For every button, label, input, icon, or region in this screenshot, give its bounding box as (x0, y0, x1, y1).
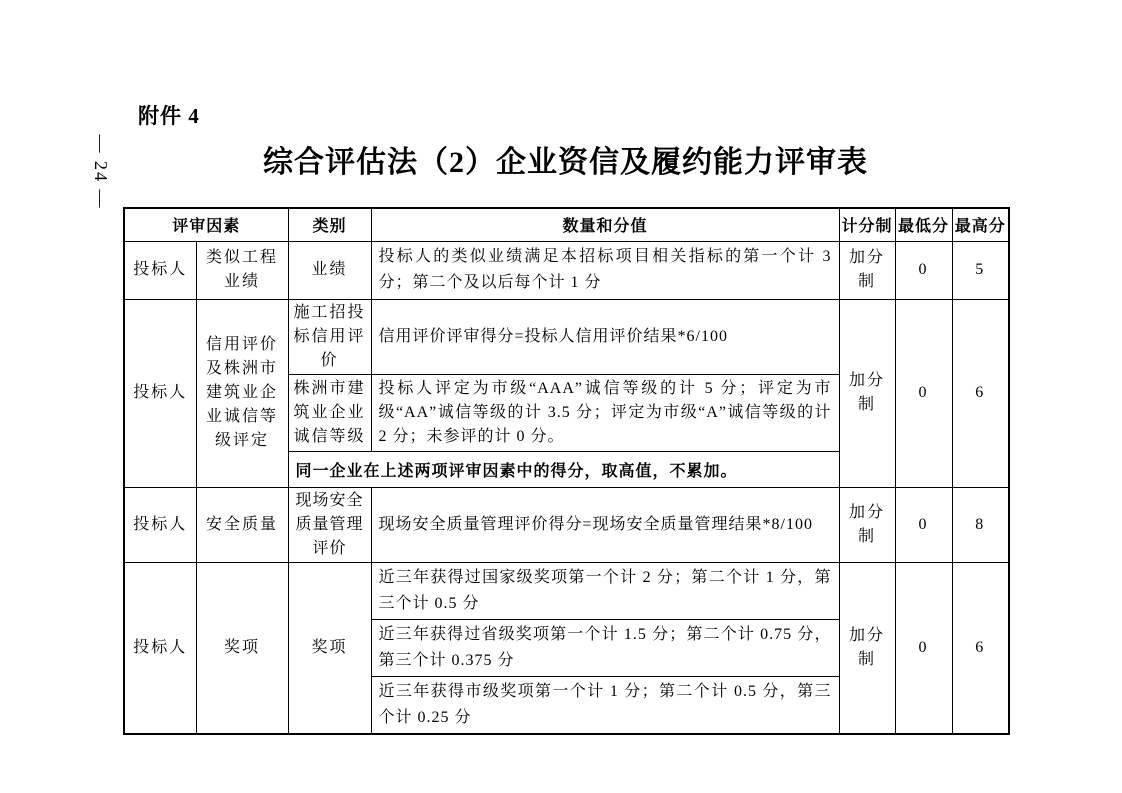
cell-max: 8 (952, 487, 1009, 562)
cell-factor: 安全质量 (196, 487, 288, 562)
cell-desc: 近三年获得过国家级奖项第一个计 2 分；第二个计 1 分，第三个计 0.5 分 (371, 562, 839, 619)
cell-bidder: 投标人 (124, 487, 196, 562)
cell-scoring: 加分制 (839, 241, 895, 299)
header-category: 类别 (288, 208, 371, 241)
document-page: { "page": { "page_number": "— 24 —", "at… (0, 0, 1122, 793)
table-header-row: 评审因素 类别 数量和分值 计分制 最低分 最高分 (124, 208, 1009, 241)
cell-min: 0 (895, 299, 952, 487)
table-row: 投标人 类似工程业绩 业绩 投标人的类似业绩满足本招标项目相关指标的第一个计 3… (124, 241, 1009, 299)
header-scoring: 计分制 (839, 208, 895, 241)
cell-desc: 近三年获得过省级奖项第一个计 1.5 分；第二个计 0.75 分，第三个计 0.… (371, 619, 839, 676)
cell-scoring: 加分制 (839, 299, 895, 487)
cell-max: 6 (952, 562, 1009, 734)
header-quantity: 数量和分值 (371, 208, 839, 241)
cell-factor: 信用评价及株洲市建筑业企业诚信等级评定 (196, 299, 288, 487)
cell-category: 现场安全质量管理评价 (288, 487, 371, 562)
header-min: 最低分 (895, 208, 952, 241)
attachment-label: 附件 4 (138, 100, 200, 130)
page-number: — 24 — (87, 101, 111, 243)
cell-desc: 近三年获得市级奖项第一个计 1 分；第二个计 0.5 分，第三个计 0.25 分 (371, 676, 839, 734)
cell-desc: 投标人评定为市级“AAA”诚信等级的计 5 分；评定为市级“AA”诚信等级的计 … (371, 374, 839, 451)
cell-category: 施工招投标信用评价 (288, 299, 371, 374)
cell-desc: 现场安全质量管理评价得分=现场安全质量管理结果*8/100 (371, 487, 839, 562)
cell-scoring: 加分制 (839, 562, 895, 734)
review-table: 评审因素 类别 数量和分值 计分制 最低分 最高分 投标人 类似工程业绩 业绩 … (123, 207, 1010, 735)
cell-min: 0 (895, 562, 952, 734)
cell-min: 0 (895, 241, 952, 299)
header-factor: 评审因素 (124, 208, 288, 241)
cell-min: 0 (895, 487, 952, 562)
cell-bidder: 投标人 (124, 562, 196, 734)
table-row: 投标人 奖项 奖项 近三年获得过国家级奖项第一个计 2 分；第二个计 1 分，第… (124, 562, 1009, 619)
cell-category: 株洲市建筑业企业诚信等级 (288, 374, 371, 451)
cell-factor: 类似工程业绩 (196, 241, 288, 299)
cell-max: 6 (952, 299, 1009, 487)
cell-category: 奖项 (288, 562, 371, 734)
cell-note: 同一企业在上述两项评审因素中的得分，取高值，不累加。 (288, 451, 839, 487)
header-max: 最高分 (952, 208, 1009, 241)
cell-max: 5 (952, 241, 1009, 299)
cell-bidder: 投标人 (124, 299, 196, 487)
cell-desc: 投标人的类似业绩满足本招标项目相关指标的第一个计 3 分；第二个及以后每个计 1… (371, 241, 839, 299)
cell-factor: 奖项 (196, 562, 288, 734)
cell-bidder: 投标人 (124, 241, 196, 299)
page-title: 综合评估法（2）企业资信及履约能力评审表 (123, 137, 1008, 181)
cell-scoring: 加分制 (839, 487, 895, 562)
table-row: 投标人 信用评价及株洲市建筑业企业诚信等级评定 施工招投标信用评价 信用评价评审… (124, 299, 1009, 374)
cell-category: 业绩 (288, 241, 371, 299)
table-row: 投标人 安全质量 现场安全质量管理评价 现场安全质量管理评价得分=现场安全质量管… (124, 487, 1009, 562)
cell-desc: 信用评价评审得分=投标人信用评价结果*6/100 (371, 299, 839, 374)
